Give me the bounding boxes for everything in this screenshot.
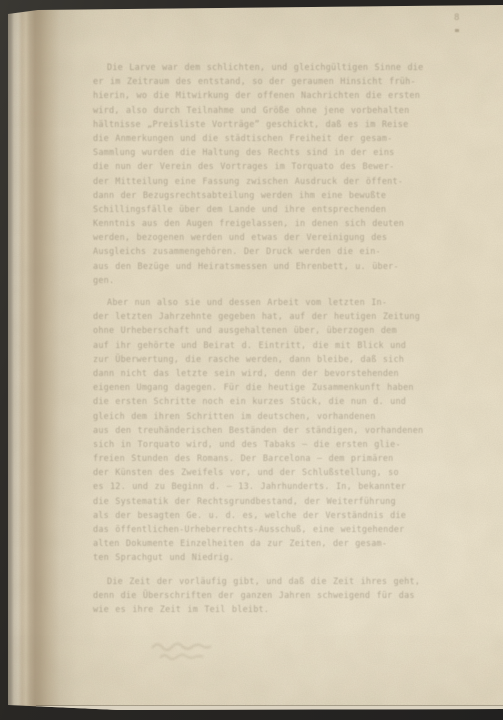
ghost-text-line: als der besagten Ge. u. d. es, welche de… <box>93 509 427 523</box>
ghost-text-line: dann nicht das letzte sein wird, denn de… <box>93 367 427 381</box>
ghost-text-line: der letzten Jahrzehnte gegeben hat, auf … <box>93 310 427 324</box>
ghost-text-line: eigenen Umgang dagegen. Für die heutige … <box>93 381 427 395</box>
ghost-text-line: aus den treuhänderischen Beständen der s… <box>93 424 427 438</box>
ghost-text-line: Ausgleichs zusammengehören. Der Druck we… <box>93 245 427 259</box>
ghost-text-line: ten Sprachgut und Niedrig. <box>93 551 427 565</box>
ghost-text-line: gleich dem ihren Schritten im deutschen,… <box>93 410 427 424</box>
ghost-text-line: denn die Überschriften der ganzen Jahren… <box>93 589 427 603</box>
ghost-text-line: wird, also durch Teilnahme und Größe ohn… <box>93 104 427 118</box>
ghost-text-line: der Künsten des Zweifels vor, und der Sc… <box>93 466 427 480</box>
ghost-text-line: das öffentlichen-Urheberrechts-Ausschuß,… <box>93 523 427 537</box>
ghost-text-line: zur Überwertung, die rasche werden, dann… <box>93 353 427 367</box>
pencil-page-number-mark: 8 <box>454 14 459 23</box>
ghost-text-line: Die Larve war dem schlichten, und gleich… <box>93 61 427 75</box>
ghost-text-line: gen. <box>93 274 427 288</box>
ghost-text-line: Die Zeit der vorläufig gibt, und daß die… <box>93 575 427 589</box>
ghost-text-line: hierin, wo die Mitwirkung der offenen Na… <box>93 89 427 103</box>
ghost-text-line: freien Stunden des Romans. Der Barcelona… <box>93 452 427 466</box>
ghost-text-line: auf ihr gehörte und Beirat d. Eintritt, … <box>93 339 427 353</box>
ghost-text-line: sich in Torquato wird, und des Tabaks — … <box>93 438 427 452</box>
ghost-text-line: es 12. und zu Beginn d. — 13. Jahrhunder… <box>93 480 427 494</box>
ghost-text-line: die nun der Verein des Vortrages im Torq… <box>93 160 427 174</box>
ghost-text-line: werden, bezogenen werden und etwas der V… <box>93 231 427 245</box>
ghost-text-line: Schillingsfälle über dem Lande und ihre … <box>93 203 427 217</box>
ghost-text-line: die Systematik der Rechtsgrundbestand, d… <box>93 495 427 509</box>
ghost-text-line: hältnisse „Preisliste Vorträge” geschick… <box>93 118 427 132</box>
ghost-text-line: Kenntnis aus den Augen freigelassen, in … <box>93 217 427 231</box>
ghost-text-line: wie es ihre Zeit im Teil bleibt. <box>93 603 427 617</box>
ghost-text-line: ohne Urheberschaft und ausgehaltenen übe… <box>93 324 427 338</box>
ghost-text-line: dann der Bezugsrechtsabteilung werden ih… <box>93 189 427 203</box>
scan-backdrop: Die Larve war dem schlichten, und gleich… <box>0 0 503 720</box>
ghost-text-line: die ersten Schritte noch ein kurzes Stüc… <box>93 395 427 409</box>
ghost-text-line: er im Zeitraum des entstand, so der gera… <box>93 75 427 89</box>
ghost-text-line: aus den Bezüge und Heiratsmessen und Ehr… <box>93 260 427 274</box>
ghost-text-line: die Anmerkungen und die städtischen Frei… <box>93 132 427 146</box>
book-page: Die Larve war dem schlichten, und gleich… <box>8 0 503 720</box>
ghost-text-line: Aber nun also sie und dessen Arbeit vom … <box>93 296 427 310</box>
ghost-text-line: Sammlung wurden die Haltung des Rechts s… <box>93 146 427 160</box>
ghost-paragraph-2: Aber nun also sie und dessen Arbeit vom … <box>93 296 427 566</box>
ghost-text-line: alten Dokumente Einzelheiten da zur Zeit… <box>93 537 427 551</box>
ghost-text-line: der Mitteilung eine Fassung zwischen Aus… <box>93 175 427 189</box>
ghost-paragraph-1: Die Larve war dem schlichten, und gleich… <box>93 61 427 288</box>
pencil-scribble-mark <box>148 636 218 666</box>
pencil-dot-mark <box>455 29 459 32</box>
ghost-paragraph-3: Die Zeit der vorläufig gibt, und daß die… <box>93 575 427 618</box>
